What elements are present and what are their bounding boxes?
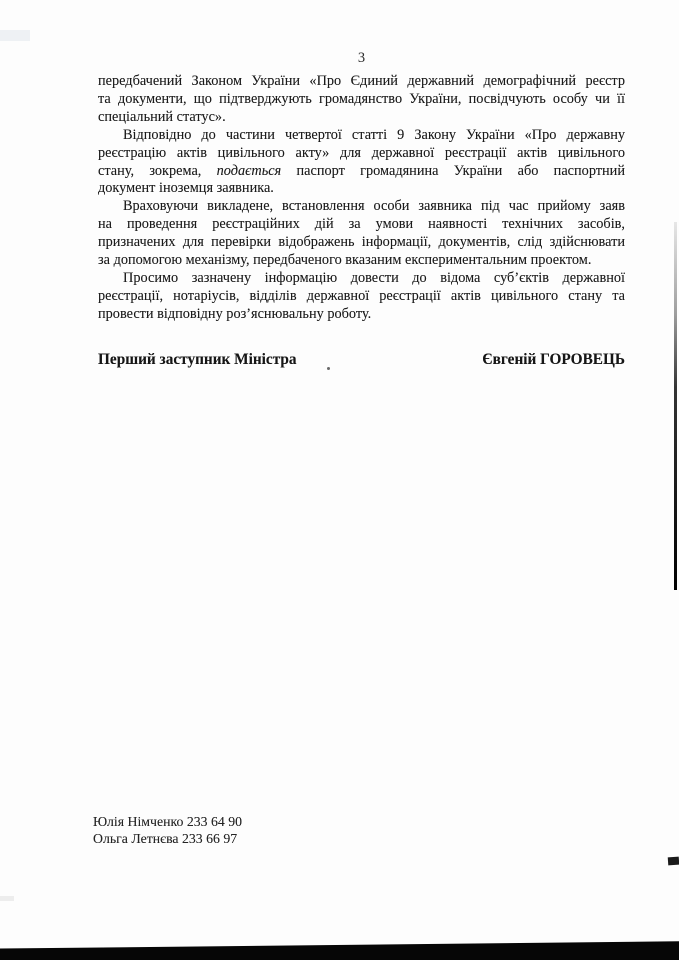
text-line: реєстрації, нотаріусів, відділів державн…	[98, 288, 625, 306]
contact-line: Ольга Летнєва 233 66 97	[93, 830, 242, 847]
paragraph: Відповідно до частини четвертої статті 9…	[98, 127, 625, 199]
text-line: за допомогою механізму, передбаченого вк…	[98, 252, 625, 270]
signatory-name: Євгеній ГОРОВЕЦЬ	[482, 351, 625, 369]
text-line: реєстрацію актів цивільного акту» для де…	[98, 145, 625, 163]
emphasized-text: подається	[217, 163, 282, 179]
text-line: Враховуючи викладене, встановлення особи…	[98, 198, 625, 216]
scan-mark-right-edge	[668, 857, 679, 866]
text-line: стану, зокрема, подається паспорт громад…	[98, 163, 625, 181]
body-text: передбачений Законом України «Про Єдиний…	[98, 73, 625, 324]
contact-line: Юлія Німченко 233 64 90	[93, 813, 242, 830]
scan-smudge-left-edge	[0, 896, 14, 901]
signatory-title: Перший заступник Міністра	[98, 351, 297, 369]
scan-smudge-top-left	[0, 30, 30, 41]
paragraph: Враховуючи викладене, встановлення особи…	[98, 198, 625, 270]
paragraph: передбачений Законом України «Про Єдиний…	[98, 73, 625, 127]
text-line: передбачений Законом України «Про Єдиний…	[98, 73, 625, 91]
text-line: Просимо зазначену інформацію довести до …	[98, 270, 625, 288]
text-line: провести відповідну роз’яснювальну робот…	[98, 306, 625, 324]
scan-speck	[327, 367, 330, 370]
scanned-document-page: 3 передбачений Законом України «Про Єдин…	[0, 0, 679, 960]
signature-row: Перший заступник Міністра Євгеній ГОРОВЕ…	[98, 351, 625, 369]
text-line: призначених для перевірки відображень ін…	[98, 234, 625, 252]
text-line: та документи, що підтверджують громадянс…	[98, 91, 625, 109]
page-number: 3	[98, 50, 625, 67]
scan-edge-line-right	[674, 222, 677, 590]
paragraph: Просимо зазначену інформацію довести до …	[98, 270, 625, 324]
text-line: на проведення реєстраційних дій за умови…	[98, 216, 625, 234]
text-segment: паспорт громадянина України або паспортн…	[281, 163, 625, 179]
text-line: документ іноземця заявника.	[98, 180, 625, 198]
footer-contacts: Юлія Німченко 233 64 90 Ольга Летнєва 23…	[93, 813, 242, 847]
text-line: спеціальний статус».	[98, 109, 625, 127]
scan-edge-bar-bottom	[0, 938, 679, 960]
text-line: Відповідно до частини четвертої статті 9…	[98, 127, 625, 145]
text-segment: стану, зокрема,	[98, 163, 217, 179]
